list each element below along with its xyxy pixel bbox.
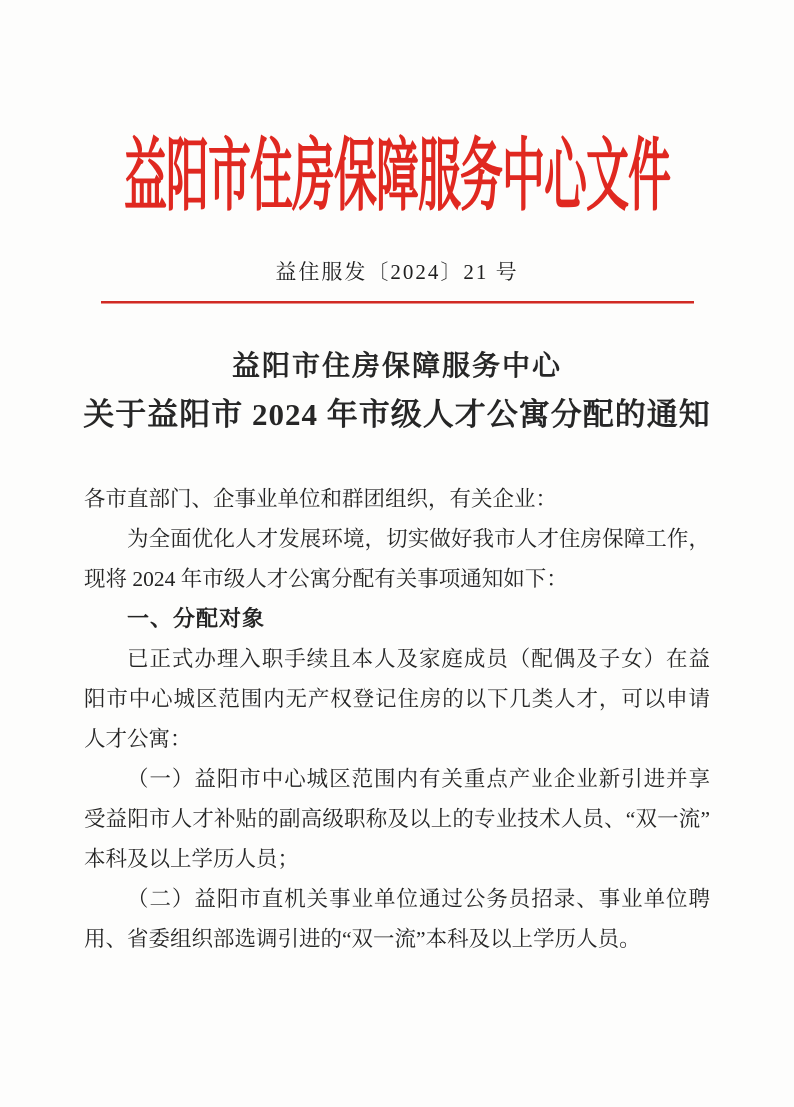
document-page: 益阳市住房保障服务中心文件 益住服发〔2024〕21 号 益阳市住房保障服务中心… — [0, 0, 794, 1107]
body-line: （一）益阳市中心城区范围内有关重点产业企业新引进并享 — [84, 759, 710, 799]
body-line-salutation: 各市直部门、企事业单位和群团组织，有关企业： — [84, 479, 710, 519]
document-title-line-2: 关于益阳市 2024 年市级人才公寓分配的通知 — [0, 393, 794, 437]
document-number: 益住服发〔2024〕21 号 — [0, 258, 794, 287]
letterhead: 益阳市住房保障服务中心文件 — [0, 122, 794, 218]
letterhead-title: 益阳市住房保障服务中心文件 — [124, 114, 670, 227]
body-line: 已正式办理入职手续且本人及家庭成员（配偶及子女）在益 — [84, 639, 710, 679]
body-line: （二）益阳市直机关事业单位通过公务员招录、事业单位聘 — [84, 879, 710, 919]
body-line: 本科及以上学历人员； — [84, 839, 710, 879]
body-line: 受益阳市人才补贴的副高级职称及以上的专业技术人员、“双一流” — [84, 799, 710, 839]
red-separator-line — [101, 301, 694, 304]
document-title: 益阳市住房保障服务中心 关于益阳市 2024 年市级人才公寓分配的通知 — [0, 349, 794, 437]
document-title-line-1: 益阳市住房保障服务中心 — [0, 349, 794, 385]
body-line: 为全面优化人才发展环境，切实做好我市人才住房保障工作， — [84, 519, 710, 559]
body-line: 现将 2024 年市级人才公寓分配有关事项通知如下： — [84, 559, 710, 599]
document-body: 各市直部门、企事业单位和群团组织，有关企业： 为全面优化人才发展环境，切实做好我… — [84, 479, 710, 959]
body-section-heading: 一、分配对象 — [84, 599, 710, 639]
body-line: 用、省委组织部选调引进的“双一流”本科及以上学历人员。 — [84, 919, 710, 959]
body-line: 人才公寓： — [84, 719, 710, 759]
body-line: 阳市中心城区范围内无产权登记住房的以下几类人才，可以申请 — [84, 679, 710, 719]
